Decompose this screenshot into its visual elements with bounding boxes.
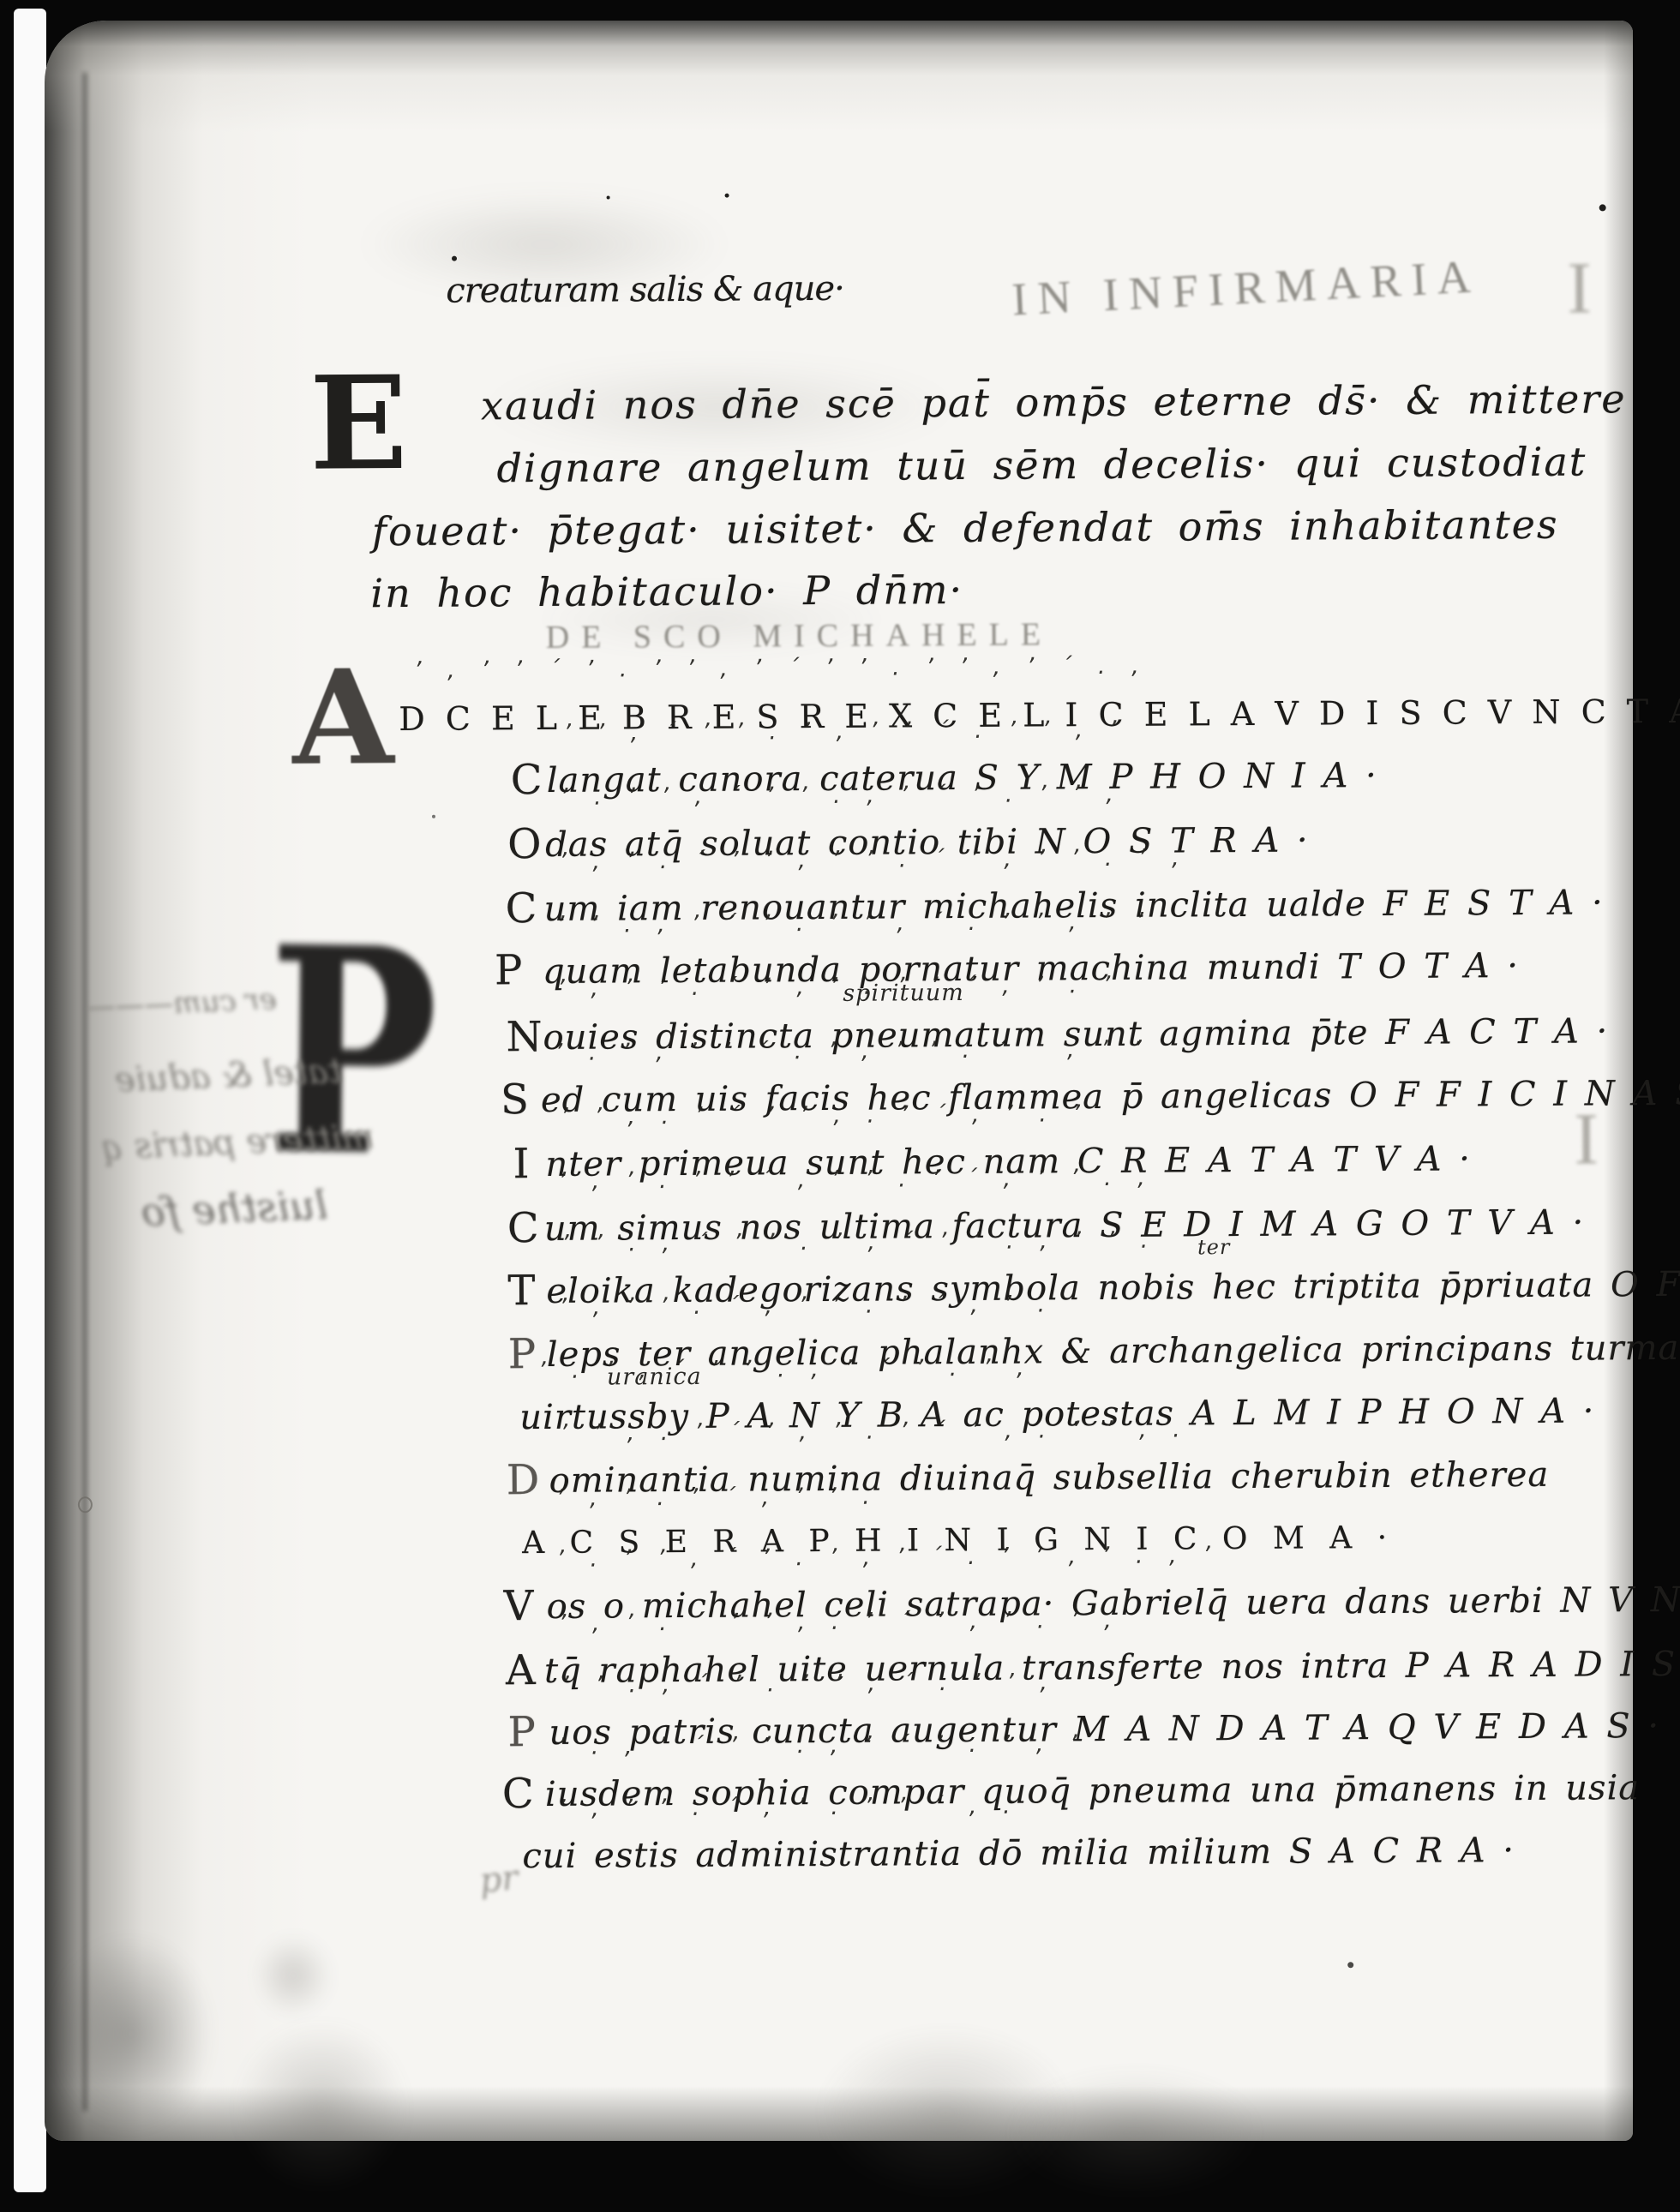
seq-neumes-4: ’ , ’ . ´ ’ ’ , ’ ’ . ´ ’ , ’ ’ . ’ , (559, 844, 1189, 874)
seq-neumes-2: ’ ’ , ´ ’ ’ . ’ , ’ ’ ´ . ’ ’ , ’ (563, 716, 1125, 746)
seq-initial-6: N (506, 1016, 542, 1058)
prayer-line: foueat· p̄tegat· uisitet· & defendat om̄… (372, 501, 1559, 554)
seq-neumes-16: ’ , ’ . ´ ’ ’ , . ’ ´ ’ , ’ . ’ , (559, 1607, 1121, 1637)
seq-line-19: cui estis administrantia dō milia milium… (522, 1831, 1515, 1876)
prayer-line: in hoc habitaculo· P dn̄m· (370, 566, 963, 616)
seq-initial-7: S (501, 1079, 529, 1120)
ghost-initial-right-mid: I (1574, 1095, 1599, 1181)
seq-initial-5: P (495, 950, 523, 991)
stain-left-large (236, 2022, 408, 2194)
seq-initial-18: C (502, 1773, 534, 1814)
ink-speck (452, 256, 457, 261)
rubric-michael: DE SCO MICHAHELE (546, 615, 1053, 656)
prayer-line: xaudi nos dn̄e scē pat̄ omp̄s eterne ds̄… (481, 375, 1627, 429)
bleedthrough-line: luisthe fo (141, 1182, 328, 1236)
seq-large-initial-A: A (292, 652, 394, 783)
rubric-infirmaria: IN INFIRMARIA (1011, 249, 1482, 326)
gloss-uranica: uranica (607, 1364, 702, 1391)
seq-neumes-7: ’ . ’ , ’ ’ ´ . ’ , ’ ’ . ´ ’ , ’ ’ (555, 1036, 1151, 1066)
seq-neumes-15: ’ . ’ ’ , ´ ’ . ’ , ’ ´ . ’ ’ , ’ . , ’ (556, 1542, 1220, 1573)
seq-neumes-14: ’ , ’ . ’ ´ , ’ ’ . (556, 1484, 879, 1512)
gloss-spirituum: spirituum (843, 980, 964, 1007)
seq-neumes-17: ’ ’ . , ´ ’ . ’ ’ , ´ . ’ ’ , (561, 1669, 1057, 1699)
footer-scribble: pr (478, 1858, 520, 1901)
seq-neumes-10: ’ ’ . , ´ ’ ’ . ’ , ´ ’ ’ . , ’ ’ . (561, 1227, 1157, 1257)
parchment-pore-ring (78, 1496, 93, 1513)
seq-initial-13: D (507, 1460, 540, 1501)
seq-initial-11: P (508, 1334, 537, 1375)
seq-initial-9: C (507, 1208, 539, 1249)
seq-neumes-19: ’ , ’ ’ . ´ , ’ . ’ ’ ´ , . (558, 1793, 1020, 1822)
seq-neumes-8: ’ ’ , . ’ ´ ’ ’ , . ’ ´ , ’ . ’ (561, 1100, 1089, 1130)
seq-neumes-18: ’ . , ’ ´ ’ ’ . , ’ ´ ’ . ’ , ’ (558, 1730, 1087, 1760)
seq-initial-2: C (511, 759, 543, 800)
seq-neumes-13: ’ ’ , . ’ ´ ’ , ’ . ’ ´ ’ , . ’ ’ , . (560, 1416, 1190, 1446)
ink-speck (1599, 204, 1606, 211)
seq-neumes-11: ’ , ’ ’ . ´ , ’ ’ . ’ ´ , ’ . (559, 1291, 1054, 1321)
ink-speck (607, 195, 610, 199)
prayer-line: dignare angelum tuū sēm decelis· qui cus… (496, 439, 1587, 492)
seq-neumes-5: ’ ’ . , ’ ´ ’ . ’ ’ , ´ . ’ ’ , ’ ’ (557, 908, 1153, 938)
seq-initial-3: O (507, 824, 542, 865)
bleedthrough-line: er cum——— (86, 982, 278, 1024)
ink-speck (1347, 1962, 1353, 1968)
prayer-initial: E (309, 359, 408, 489)
page-content: creaturam salis & aque· IN INFIRMARIA I … (0, 0, 1680, 2212)
seq-initial-16: A (506, 1650, 536, 1691)
seq-neumes-1: ’ , ’ ’ ´ ’ . ’ ’ , ’ ´ ’ ’ . ’ ’ , ’ ´ … (414, 653, 1149, 684)
ink-speck (432, 815, 435, 818)
seq-initial-17: P (507, 1711, 536, 1753)
seq-initial-10: T (507, 1270, 535, 1311)
header-line: creaturam salis & aque· (446, 269, 844, 311)
seq-initial-15: V (503, 1586, 533, 1627)
stain-left-small (255, 1935, 333, 2017)
seq-neumes-3: ’ . ’ ’ , ´ ’ ’ . , ’ ´ ’ . ’ ’ , (561, 781, 1123, 811)
stain-bottom-center-2 (1005, 2068, 1263, 2198)
seq-neumes-9: ’ , ’ . ’ ’ ´ , ’ ’ . ’ ´ , ’ ’ . , (558, 1165, 1154, 1195)
ink-speck (725, 194, 729, 198)
ghost-initial-right-top: I (1567, 244, 1592, 330)
gloss-ter: ter (1197, 1235, 1230, 1259)
seq-initial-8: I (513, 1143, 529, 1184)
seq-neumes-6: ’ , ’ ’ . ´ ’ , ’ . ’ ’ ´ , ’ . ’ (557, 972, 1119, 1002)
seq-initial-4: C (506, 888, 537, 929)
